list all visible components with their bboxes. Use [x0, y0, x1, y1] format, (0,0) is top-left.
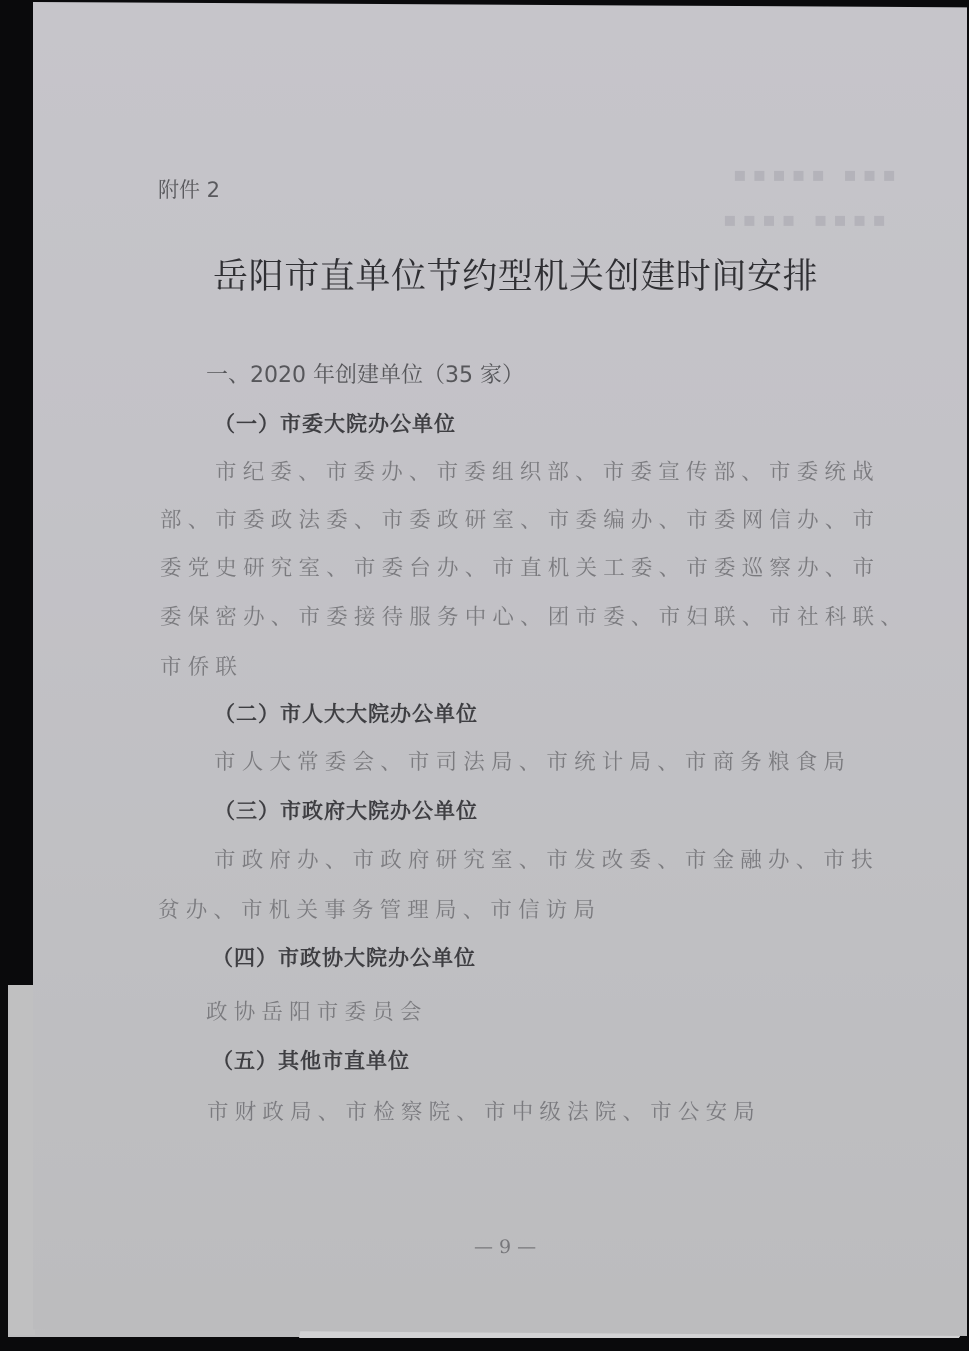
- group-heading-4: （四）市政协大院办公单位: [212, 942, 476, 972]
- document-title: 岳阳市直单位节约型机关创建时间安排: [213, 249, 818, 299]
- body-line: 市财政局、市检察院、市中级法院、市公安局: [207, 1095, 761, 1126]
- attachment-label: 附件 2: [158, 174, 220, 204]
- group-heading-2: （二）市人大大院办公单位: [214, 698, 478, 728]
- body-line: 市侨联: [160, 650, 243, 681]
- body-line: 市人大常委会、市司法局、市统计局、市商务粮食局: [214, 745, 851, 776]
- group-heading-5: （五）其他市直单位: [212, 1045, 410, 1075]
- body-line: 委党史研究室、市委台办、市直机关工委、市委巡察办、市: [160, 551, 880, 582]
- bleed-through-text: ▪▪▪▪ ▪▪▪▪: [723, 207, 892, 231]
- page-left-edge: [10, 985, 35, 1335]
- body-line: 委保密办、市委接待服务中心、团市委、市妇联、市社科联、: [160, 600, 908, 631]
- body-line: 部、市委政法委、市委政研室、市委编办、市委网信办、市: [160, 503, 880, 534]
- section-heading: 一、2020 年创建单位（35 家）: [206, 358, 524, 389]
- body-line: 政协岳阳市委员会: [206, 995, 428, 1026]
- body-line: 市纪委、市委办、市委组织部、市委宣传部、市委统战: [215, 455, 880, 486]
- group-heading-1: （一）市委大院办公单位: [214, 408, 456, 438]
- bleed-through-text: ▪▪▪▪▪ ▪▪▪: [733, 162, 902, 186]
- body-line: 市政府办、市政府研究室、市发改委、市金融办、市扶: [214, 843, 879, 874]
- group-heading-3: （三）市政府大院办公单位: [214, 795, 478, 825]
- page-number: — 9 —: [474, 1236, 536, 1258]
- photo-scene: ▪▪▪▪▪ ▪▪▪ ▪▪▪▪ ▪▪▪▪ 附件 2 岳阳市直单位节约型机关创建时间…: [0, 0, 969, 1351]
- body-line: 贫办、市机关事务管理局、市信访局: [158, 893, 601, 924]
